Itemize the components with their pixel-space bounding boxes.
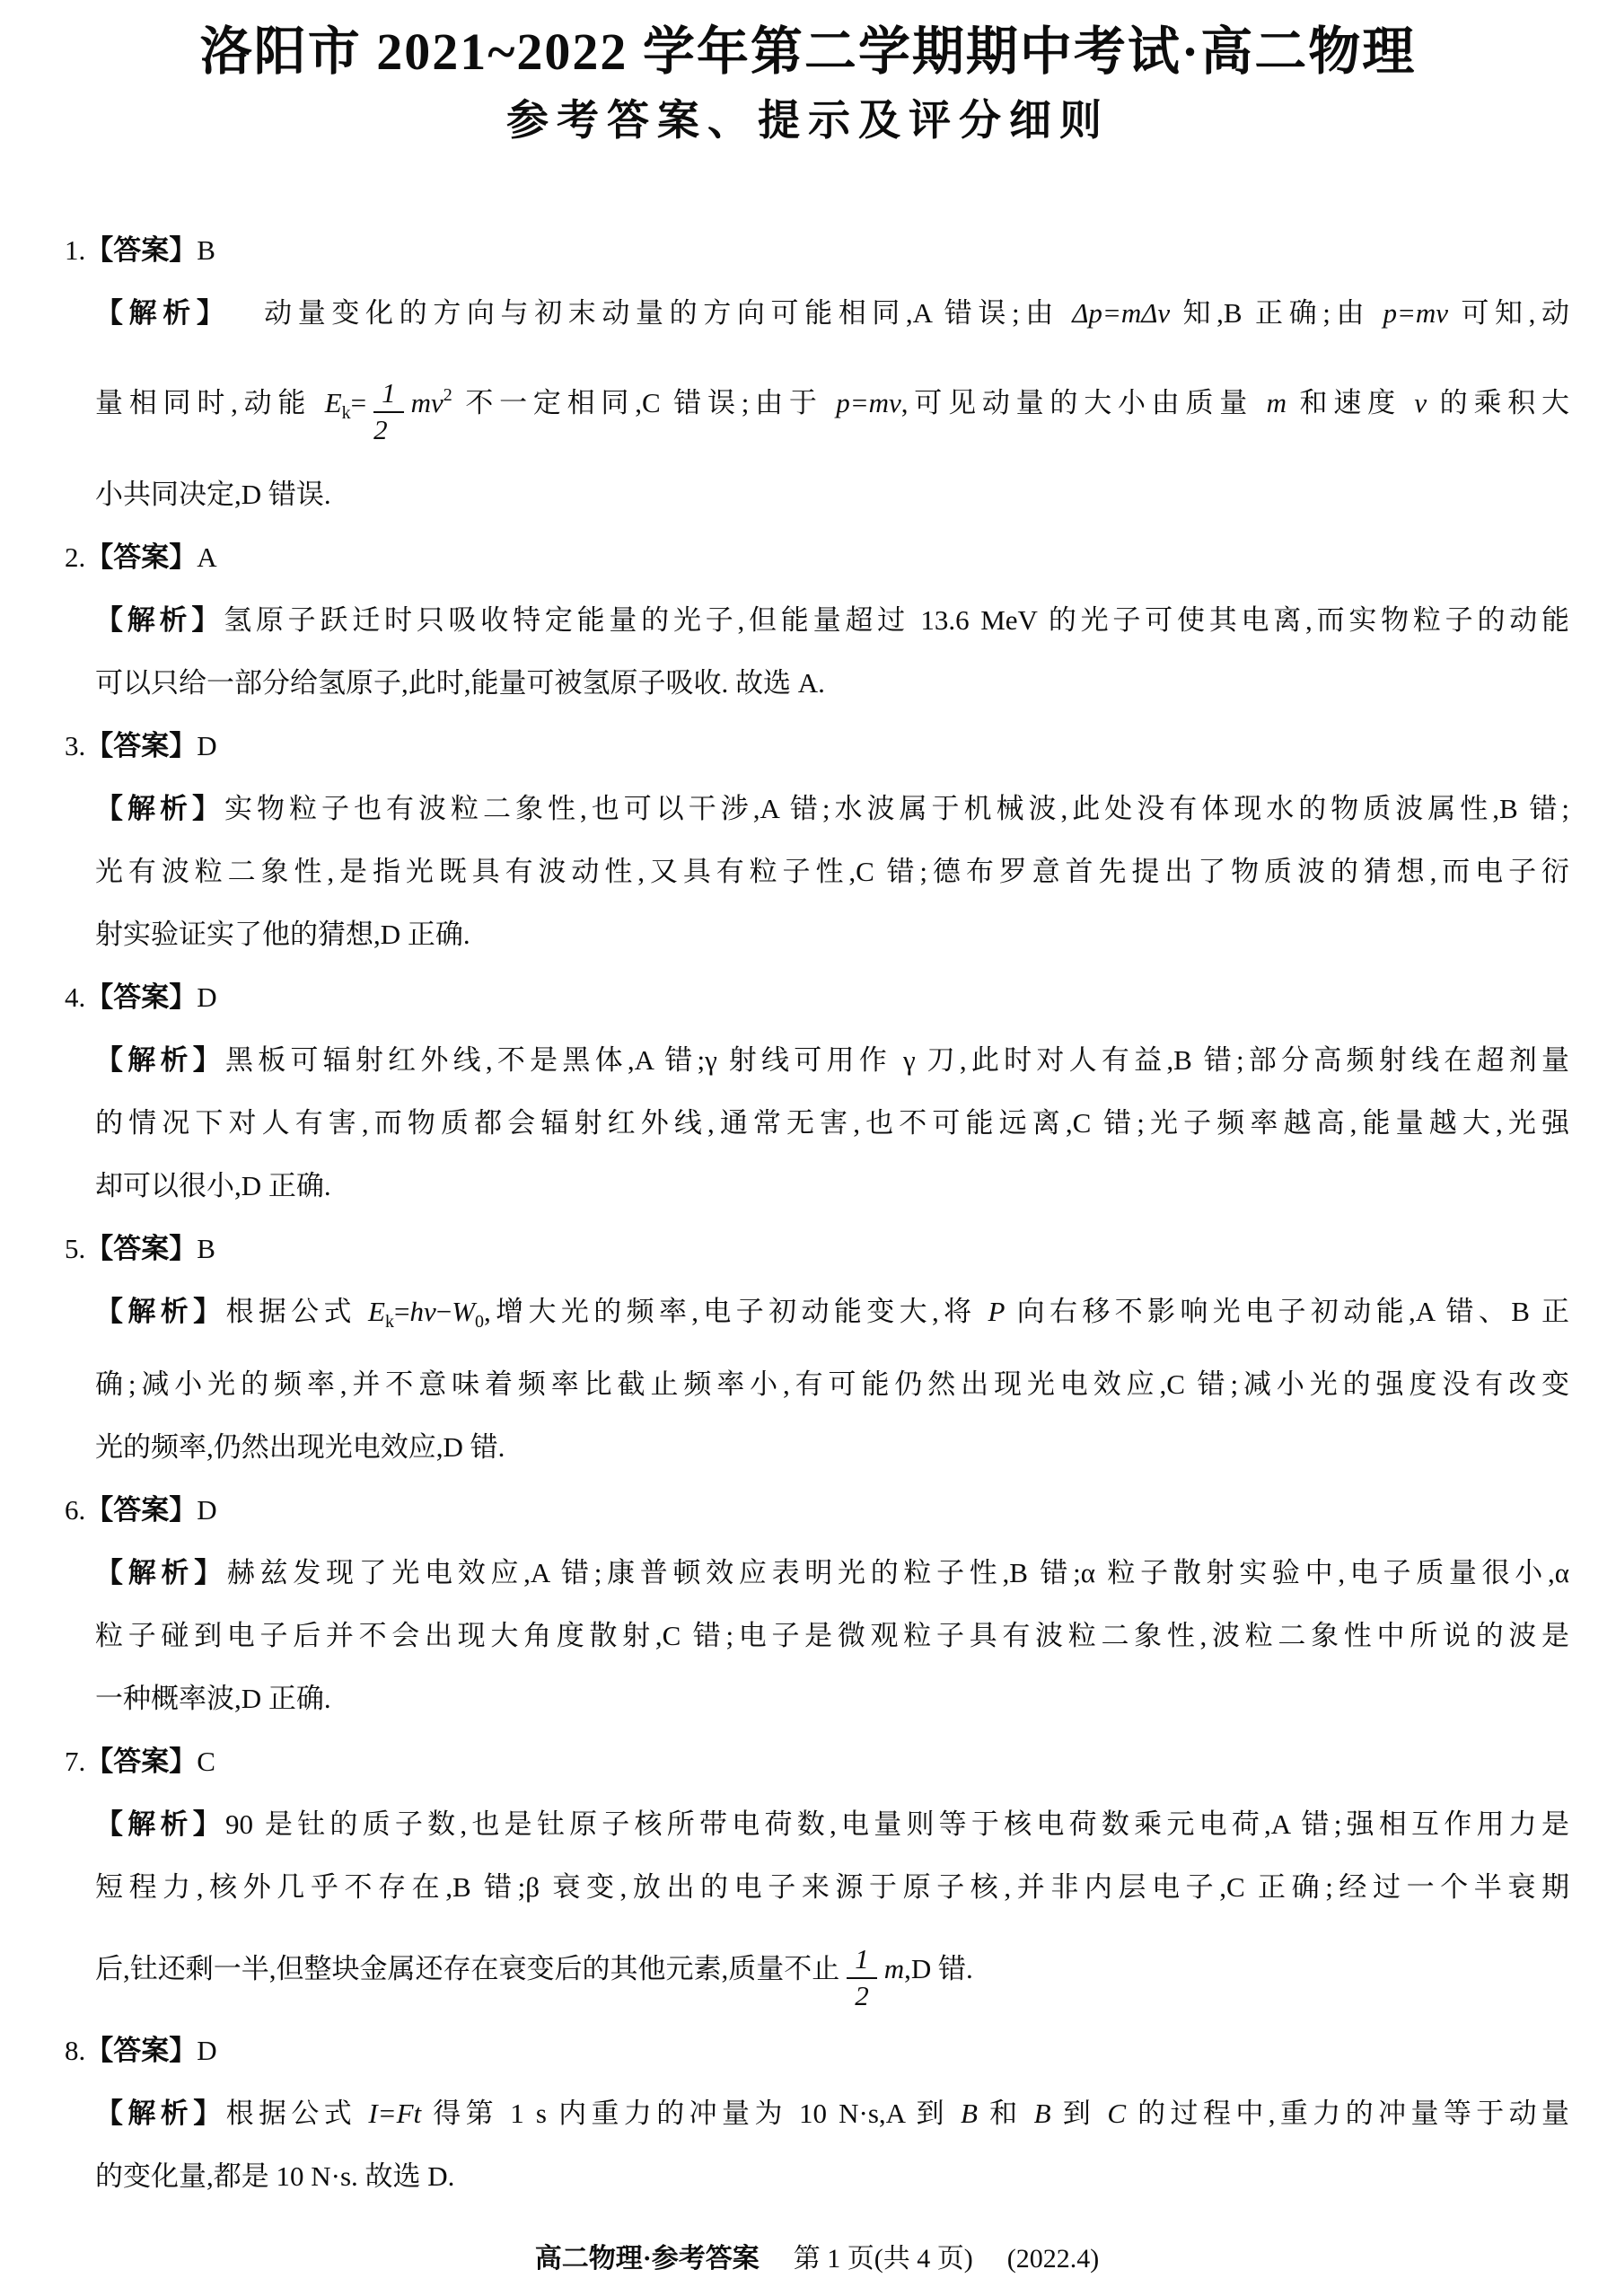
solution-line: 光的频率,仍然出现光电效应,D 错. <box>95 1416 1569 1479</box>
footer-page-number: 第 1 页(共 4 页) <box>794 2244 973 2274</box>
page-header: 洛阳市 2021~2022 学年第二学期期中考试·高二物理 参考答案、提示及评分… <box>0 0 1616 147</box>
solution: 【解析】氢原子跃迁时只吸收特定能量的光子,但能量超过 13.6 MeV 的光子可… <box>95 589 1569 715</box>
fraction: 12 <box>373 378 404 445</box>
answer-value: D <box>197 1494 216 1526</box>
solution: 【解析】黑板可辐射红外线,不是黑体,A 错;γ 射线可用作 γ 刀,此时对人有益… <box>95 1029 1569 1218</box>
solution-line: 短程力,核外几乎不存在,B 错;β 衰变,放出的电子来源于原子核,并非内层电子,… <box>95 1856 1569 1919</box>
answer-value: A <box>197 541 216 573</box>
solution-line: 【解析】黑板可辐射红外线,不是黑体,A 错;γ 射线可用作 γ 刀,此时对人有益… <box>95 1029 1569 1092</box>
solution-line: 【解析】根据公式 I=Ft 得第 1 s 内重力的冲量为 10 N·s,A 到 … <box>95 2082 1569 2145</box>
page-title: 洛阳市 2021~2022 学年第二学期期中考试·高二物理 <box>0 23 1616 82</box>
footer-date: (2022.4) <box>1007 2244 1099 2274</box>
solution-line: 却可以很小,D 正确. <box>95 1155 1569 1218</box>
qa-item-5: 5.【答案】B 【解析】根据公式 Ek=hν−W0,增大光的频率,电子初动能变大… <box>65 1218 1569 1479</box>
solution-line: 的情况下对人有害,而物质都会辐射红外线,通常无害,也不可能远离,C 错;光子频率… <box>95 1092 1569 1155</box>
qa-item-4: 4.【答案】D 【解析】黑板可辐射红外线,不是黑体,A 错;γ 射线可用作 γ … <box>65 966 1569 1218</box>
answer-line: 2.【答案】A <box>65 526 1569 589</box>
solution-line: 【解析】 动量变化的方向与初末动量的方向可能相同,A 错误;由 Δp=mΔv 知… <box>95 282 1569 345</box>
answers-body: 1.【答案】B 【解析】 动量变化的方向与初末动量的方向可能相同,A 错误;由 … <box>65 219 1569 2279</box>
solution: 【解析】根据公式 Ek=hν−W0,增大光的频率,电子初动能变大,将 P 向右移… <box>95 1280 1569 1479</box>
answer-value: B <box>197 1233 215 1264</box>
solution-line: 后,钍还剩一半,但整块金属还存在衰变后的其他元素,质量不止12m,D 错. <box>95 1919 1569 2019</box>
answer-label: 【答案】 <box>85 1746 197 1777</box>
solution-line: 的变化量,都是 10 N·s. 故选 D. <box>95 2145 1569 2208</box>
qa-item-1: 1.【答案】B 【解析】 动量变化的方向与初末动量的方向可能相同,A 错误;由 … <box>65 219 1569 526</box>
solution-line: 一种概率波,D 正确. <box>95 1667 1569 1730</box>
answer-sheet-page: 洛阳市 2021~2022 学年第二学期期中考试·高二物理 参考答案、提示及评分… <box>0 0 1616 2296</box>
solution-line: 小共同决定,D 错误. <box>95 463 1569 526</box>
answer-label: 【答案】 <box>85 234 197 266</box>
answer-line: 4.【答案】D <box>65 966 1569 1029</box>
solution-line: 粒子碰到电子后并不会出现大角度散射,C 错;电子是微观粒子具有波粒二象性,波粒二… <box>95 1605 1569 1667</box>
question-number: 4. <box>65 981 85 1013</box>
solution-line: 量相同时,动能 Ek=12mv2 不一定相同,C 错误;由于 p=mv,可见动量… <box>95 345 1569 463</box>
solution: 【解析】根据公式 I=Ft 得第 1 s 内重力的冲量为 10 N·s,A 到 … <box>95 2082 1569 2208</box>
answer-label: 【答案】 <box>85 1233 197 1264</box>
solution: 【解析】实物粒子也有波粒二象性,也可以干涉,A 错;水波属于机械波,此处没有体现… <box>95 778 1569 966</box>
qa-item-7: 7.【答案】C 【解析】90 是钍的质子数,也是钍原子核所带电荷数,电量则等于核… <box>65 1730 1569 2019</box>
solution: 【解析】90 是钍的质子数,也是钍原子核所带电荷数,电量则等于核电荷数乘元电荷,… <box>95 1793 1569 2019</box>
question-number: 1. <box>65 234 85 266</box>
solution-line: 可以只给一部分给氢原子,此时,能量可被氢原子吸收. 故选 A. <box>95 652 1569 715</box>
answer-label: 【答案】 <box>85 541 197 573</box>
solution: 【解析】 动量变化的方向与初末动量的方向可能相同,A 错误;由 Δp=mΔv 知… <box>95 282 1569 526</box>
question-number: 5. <box>65 1233 85 1264</box>
answer-label: 【答案】 <box>85 1494 197 1526</box>
question-number: 2. <box>65 541 85 573</box>
solution-line: 射实验证实了他的猜想,D 正确. <box>95 903 1569 966</box>
question-number: 3. <box>65 730 85 761</box>
answer-value: C <box>197 1746 215 1777</box>
solution-line: 【解析】根据公式 Ek=hν−W0,增大光的频率,电子初动能变大,将 P 向右移… <box>95 1280 1569 1353</box>
solution-line: 【解析】实物粒子也有波粒二象性,也可以干涉,A 错;水波属于机械波,此处没有体现… <box>95 778 1569 840</box>
solution-line: 确;减小光的频率,并不意味着频率比截止频率小,有可能仍然出现光电效应,C 错;减… <box>95 1353 1569 1416</box>
answer-label: 【答案】 <box>85 2035 197 2066</box>
answer-label: 【答案】 <box>85 730 197 761</box>
fraction: 12 <box>847 1944 877 2011</box>
qa-item-3: 3.【答案】D 【解析】实物粒子也有波粒二象性,也可以干涉,A 错;水波属于机械… <box>65 715 1569 966</box>
answer-value: D <box>197 730 216 761</box>
answer-line: 6.【答案】D <box>65 1479 1569 1542</box>
answer-line: 1.【答案】B <box>65 219 1569 282</box>
answer-value: D <box>197 2035 216 2066</box>
answer-label: 【答案】 <box>85 981 197 1013</box>
solution-line: 【解析】赫兹发现了光电效应,A 错;康普顿效应表明光的粒子性,B 错;α 粒子散… <box>95 1542 1569 1605</box>
solution-line: 【解析】氢原子跃迁时只吸收特定能量的光子,但能量超过 13.6 MeV 的光子可… <box>95 589 1569 652</box>
solution-line: 光有波粒二象性,是指光既具有波动性,又具有粒子性,C 错;德布罗意首先提出了物质… <box>95 840 1569 903</box>
answer-line: 5.【答案】B <box>65 1218 1569 1280</box>
footer-course: 高二物理·参考答案 <box>535 2244 760 2274</box>
answer-value: B <box>197 234 215 266</box>
question-number: 8. <box>65 2035 85 2066</box>
question-number: 6. <box>65 1494 85 1526</box>
answer-line: 7.【答案】C <box>65 1730 1569 1793</box>
qa-item-2: 2.【答案】A 【解析】氢原子跃迁时只吸收特定能量的光子,但能量超过 13.6 … <box>65 526 1569 715</box>
answer-value: D <box>197 981 216 1013</box>
qa-item-8: 8.【答案】D 【解析】根据公式 I=Ft 得第 1 s 内重力的冲量为 10 … <box>65 2019 1569 2208</box>
solution: 【解析】赫兹发现了光电效应,A 错;康普顿效应表明光的粒子性,B 错;α 粒子散… <box>95 1542 1569 1730</box>
page-footer: 高二物理·参考答案第 1 页(共 4 页)(2022.4) <box>65 2239 1569 2279</box>
qa-item-6: 6.【答案】D 【解析】赫兹发现了光电效应,A 错;康普顿效应表明光的粒子性,B… <box>65 1479 1569 1730</box>
answer-line: 8.【答案】D <box>65 2019 1569 2082</box>
solution-line: 【解析】90 是钍的质子数,也是钍原子核所带电荷数,电量则等于核电荷数乘元电荷,… <box>95 1793 1569 1856</box>
answer-line: 3.【答案】D <box>65 715 1569 778</box>
question-number: 7. <box>65 1746 85 1777</box>
page-subtitle: 参考答案、提示及评分细则 <box>0 87 1616 147</box>
